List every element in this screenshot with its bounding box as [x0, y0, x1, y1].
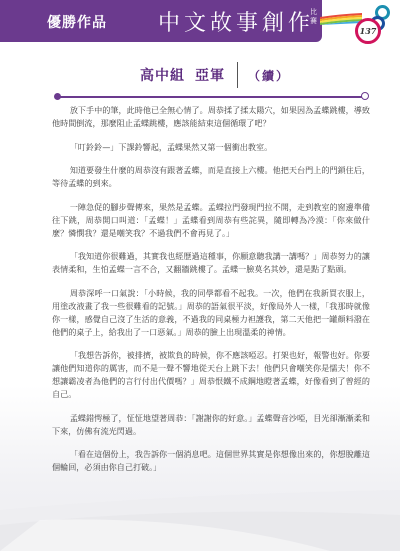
header-subtitle: 比賽	[310, 8, 318, 26]
continued-label: （續）	[248, 67, 290, 84]
paragraph: 知道要發生什麼的周恭沒有跟著孟蝶，而是直接上六樓。他把天台門上的門鎖住后，等待孟…	[52, 164, 370, 190]
rule-dot-filled-icon	[54, 93, 61, 100]
section-heading: 高中組 亞軍 （續）	[140, 62, 290, 88]
paragraph: 「叮鈴鈴—」下課鈴響起，孟蝶果然又第一個衝出教室。	[52, 141, 370, 154]
category-label: 高中組	[140, 65, 185, 85]
paragraph: 孟蝶錯愕極了，怔怔地望著周恭：「謝謝你的好意。」孟蝶聲音沙啞，目光卻漸漸柔和下來…	[52, 412, 370, 438]
rule-dot-open-icon	[361, 92, 369, 100]
story-body: 放下手中的筆，此時他已全無心情了。周恭揉了揉太陽穴，如果因為孟蝶跳樓，導致他時間…	[52, 104, 370, 485]
award-label: 亞軍	[195, 65, 225, 85]
page-number: 137	[360, 26, 377, 36]
page-number-badge: 137	[355, 18, 381, 44]
paragraph: 周恭深呼一口氣說：「小時候，我的同學都看不起我。一次，他們在我新買衣服上，用塗改…	[52, 287, 370, 339]
rainbow-decoration-icon	[320, 13, 362, 25]
paragraph: 「我想告訴你，被排擠，被欺負的時候，你不應該啞忍。打架也好，報警也好。你要讓他們…	[52, 349, 370, 401]
paragraph: 「我知道你很難過，其實我也經歷過這種事，你願意聽我講一講嗎？」周恭努力的讓表情柔…	[52, 250, 370, 276]
background-swoosh-decoration	[0, 490, 400, 551]
header-title: 中文故事創作	[158, 6, 314, 37]
paragraph: 放下手中的筆，此時他已全無心情了。周恭揉了揉太陽穴，如果因為孟蝶跳樓，導致他時間…	[52, 104, 370, 130]
paragraph: 「看在這個份上，我告訴你一個消息吧。這個世界其實是你想像出來的，你想脫離這個輪回…	[52, 448, 370, 474]
header-label: 優勝作品	[47, 12, 107, 32]
heading-divider	[237, 62, 238, 88]
paragraph: 一陣急促的腳步聲傳來，果然是孟蝶。孟蝶拉門發現門拉不開，走到教室的窗邊準備往下跳…	[52, 201, 370, 240]
header-banner: 優勝作品 中文故事創作 比賽	[0, 0, 322, 42]
title-rule	[57, 96, 365, 98]
